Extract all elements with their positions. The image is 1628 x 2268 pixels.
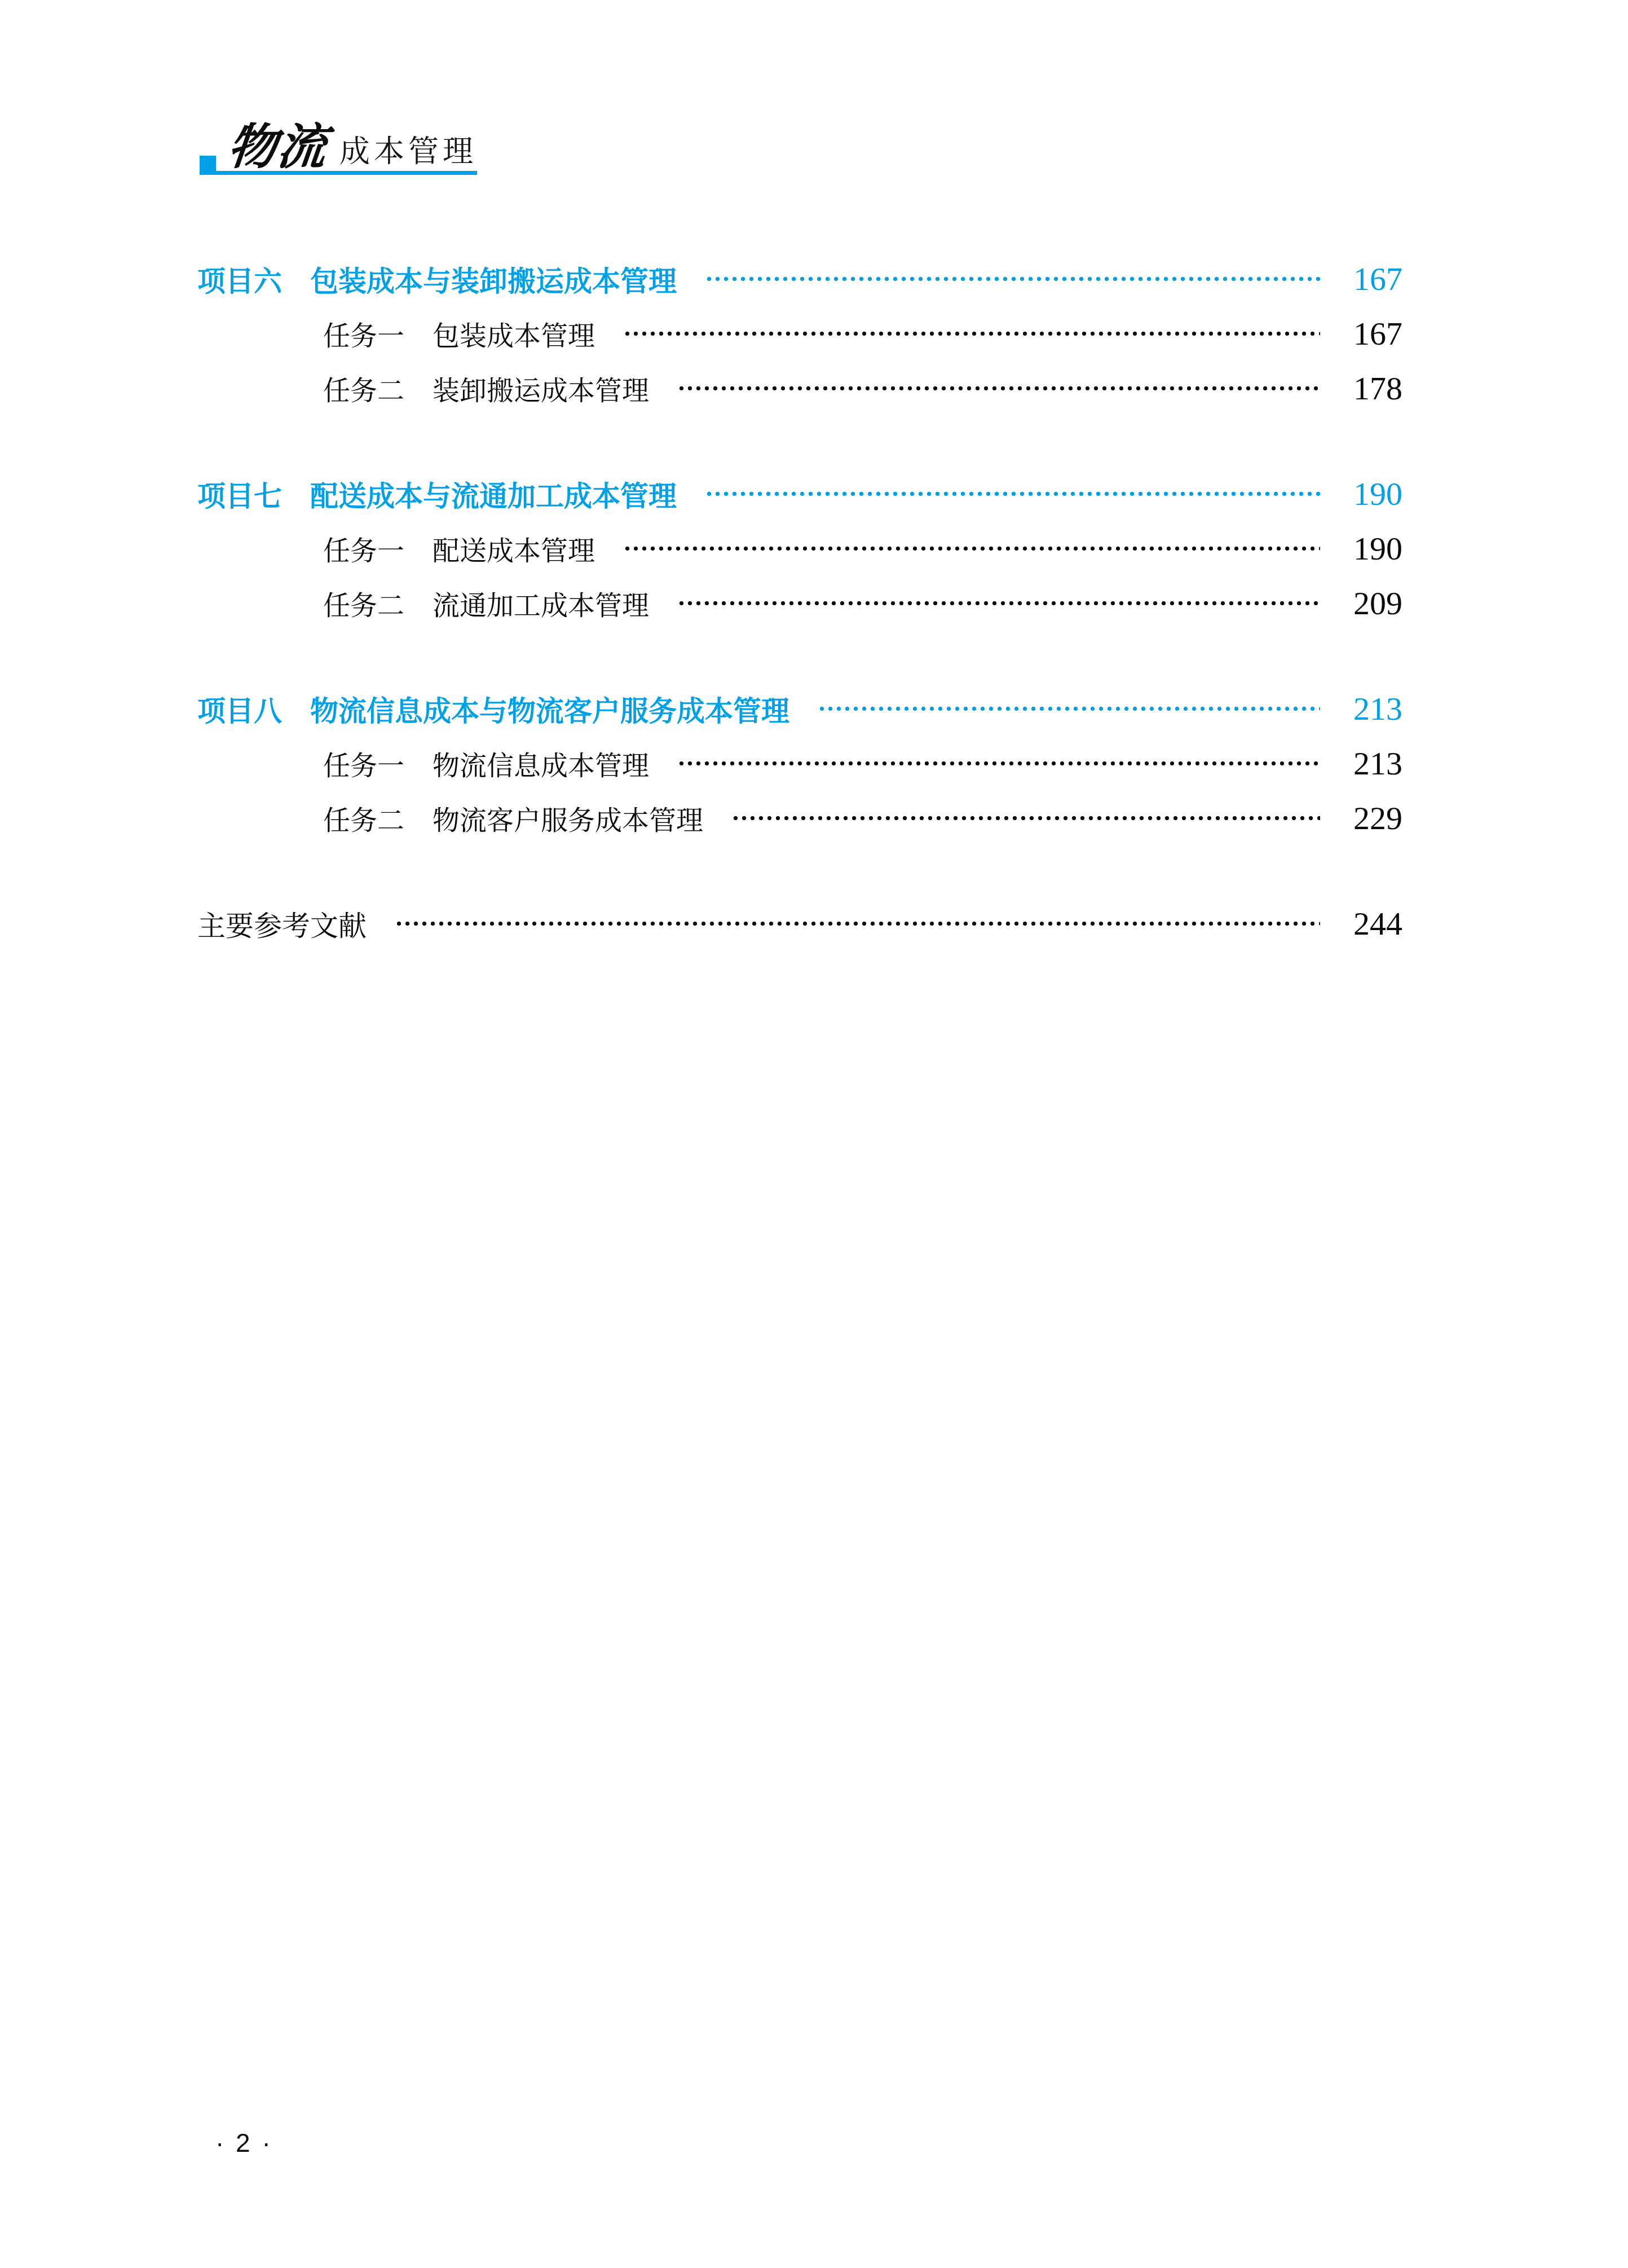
task-row: 任务二 装卸搬运成本管理 178 xyxy=(197,361,1402,416)
task-title: 物流客户服务成本管理 xyxy=(433,799,703,838)
toc-section-8: 项目八 物流信息成本与物流客户服务成本管理 213 任务一 物流信息成本管理 2… xyxy=(197,681,1402,845)
task-row: 任务二 流通加工成本管理 209 xyxy=(197,576,1402,631)
book-toc-page: 物流 成本管理 项目六 包装成本与装卸搬运成本管理 167 任务一 包装成本管理… xyxy=(0,0,1628,2268)
references-row: 主要参考文献 244 xyxy=(197,896,1402,951)
chapter-label: 项目七 xyxy=(197,474,282,514)
task-row: 任务一 配送成本管理 190 xyxy=(197,521,1402,576)
task-title: 流通加工成本管理 xyxy=(433,584,649,623)
chapter-title: 包装成本与装卸搬运成本管理 xyxy=(310,259,677,300)
task-title: 装卸搬运成本管理 xyxy=(433,369,649,408)
chapter-row: 项目八 物流信息成本与物流客户服务成本管理 213 xyxy=(197,681,1402,736)
task-page-number: 229 xyxy=(1335,799,1402,837)
toc-section-7: 项目七 配送成本与流通加工成本管理 190 任务一 配送成本管理 190 任务二… xyxy=(197,466,1402,631)
dot-leader xyxy=(705,252,1320,306)
dot-leader xyxy=(677,361,1320,416)
task-row: 任务一 物流信息成本管理 213 xyxy=(197,736,1402,791)
task-page-number: 209 xyxy=(1335,584,1402,622)
table-of-contents: 项目六 包装成本与装卸搬运成本管理 167 任务一 包装成本管理 167 任务二… xyxy=(197,252,1402,951)
folio-page-number: · 2 · xyxy=(215,2128,273,2158)
dot-leader xyxy=(705,466,1320,521)
chapter-label: 项目六 xyxy=(197,259,282,300)
task-page-number: 190 xyxy=(1335,530,1402,567)
chapter-title: 配送成本与流通加工成本管理 xyxy=(310,474,677,514)
references-title: 主要参考文献 xyxy=(197,904,367,944)
task-row: 任务一 包装成本管理 167 xyxy=(197,306,1402,361)
dot-leader xyxy=(818,681,1320,736)
task-label: 任务一 xyxy=(323,744,404,783)
chapter-row: 项目七 配送成本与流通加工成本管理 190 xyxy=(197,466,1402,521)
references-page-number: 244 xyxy=(1335,905,1402,943)
task-page-number: 213 xyxy=(1335,745,1402,782)
task-label: 任务二 xyxy=(323,799,404,838)
dot-leader xyxy=(677,736,1320,791)
chapter-title: 物流信息成本与物流客户服务成本管理 xyxy=(310,689,789,729)
task-title: 物流信息成本管理 xyxy=(433,744,649,783)
book-logo-subtitle: 成本管理 xyxy=(339,136,477,167)
task-label: 任务二 xyxy=(323,584,404,623)
book-logo-calligraphy: 物流 xyxy=(225,123,329,171)
task-row: 任务二 物流客户服务成本管理 229 xyxy=(197,791,1402,845)
dot-leader xyxy=(677,576,1320,631)
dot-leader xyxy=(731,791,1320,845)
chapter-page-number: 213 xyxy=(1335,690,1402,728)
toc-section-6: 项目六 包装成本与装卸搬运成本管理 167 任务一 包装成本管理 167 任务二… xyxy=(197,252,1402,416)
task-title: 包装成本管理 xyxy=(433,314,595,353)
chapter-row: 项目六 包装成本与装卸搬运成本管理 167 xyxy=(197,252,1402,306)
chapter-label: 项目八 xyxy=(197,689,282,729)
task-label: 任务一 xyxy=(323,529,404,568)
dot-leader xyxy=(395,896,1320,951)
task-label: 任务二 xyxy=(323,369,404,408)
task-page-number: 167 xyxy=(1335,315,1402,353)
chapter-page-number: 190 xyxy=(1335,475,1402,513)
dot-leader xyxy=(623,306,1320,361)
task-title: 配送成本管理 xyxy=(433,529,595,568)
task-label: 任务一 xyxy=(323,314,404,353)
task-page-number: 178 xyxy=(1335,369,1402,407)
dot-leader xyxy=(623,521,1320,576)
chapter-page-number: 167 xyxy=(1335,260,1402,298)
